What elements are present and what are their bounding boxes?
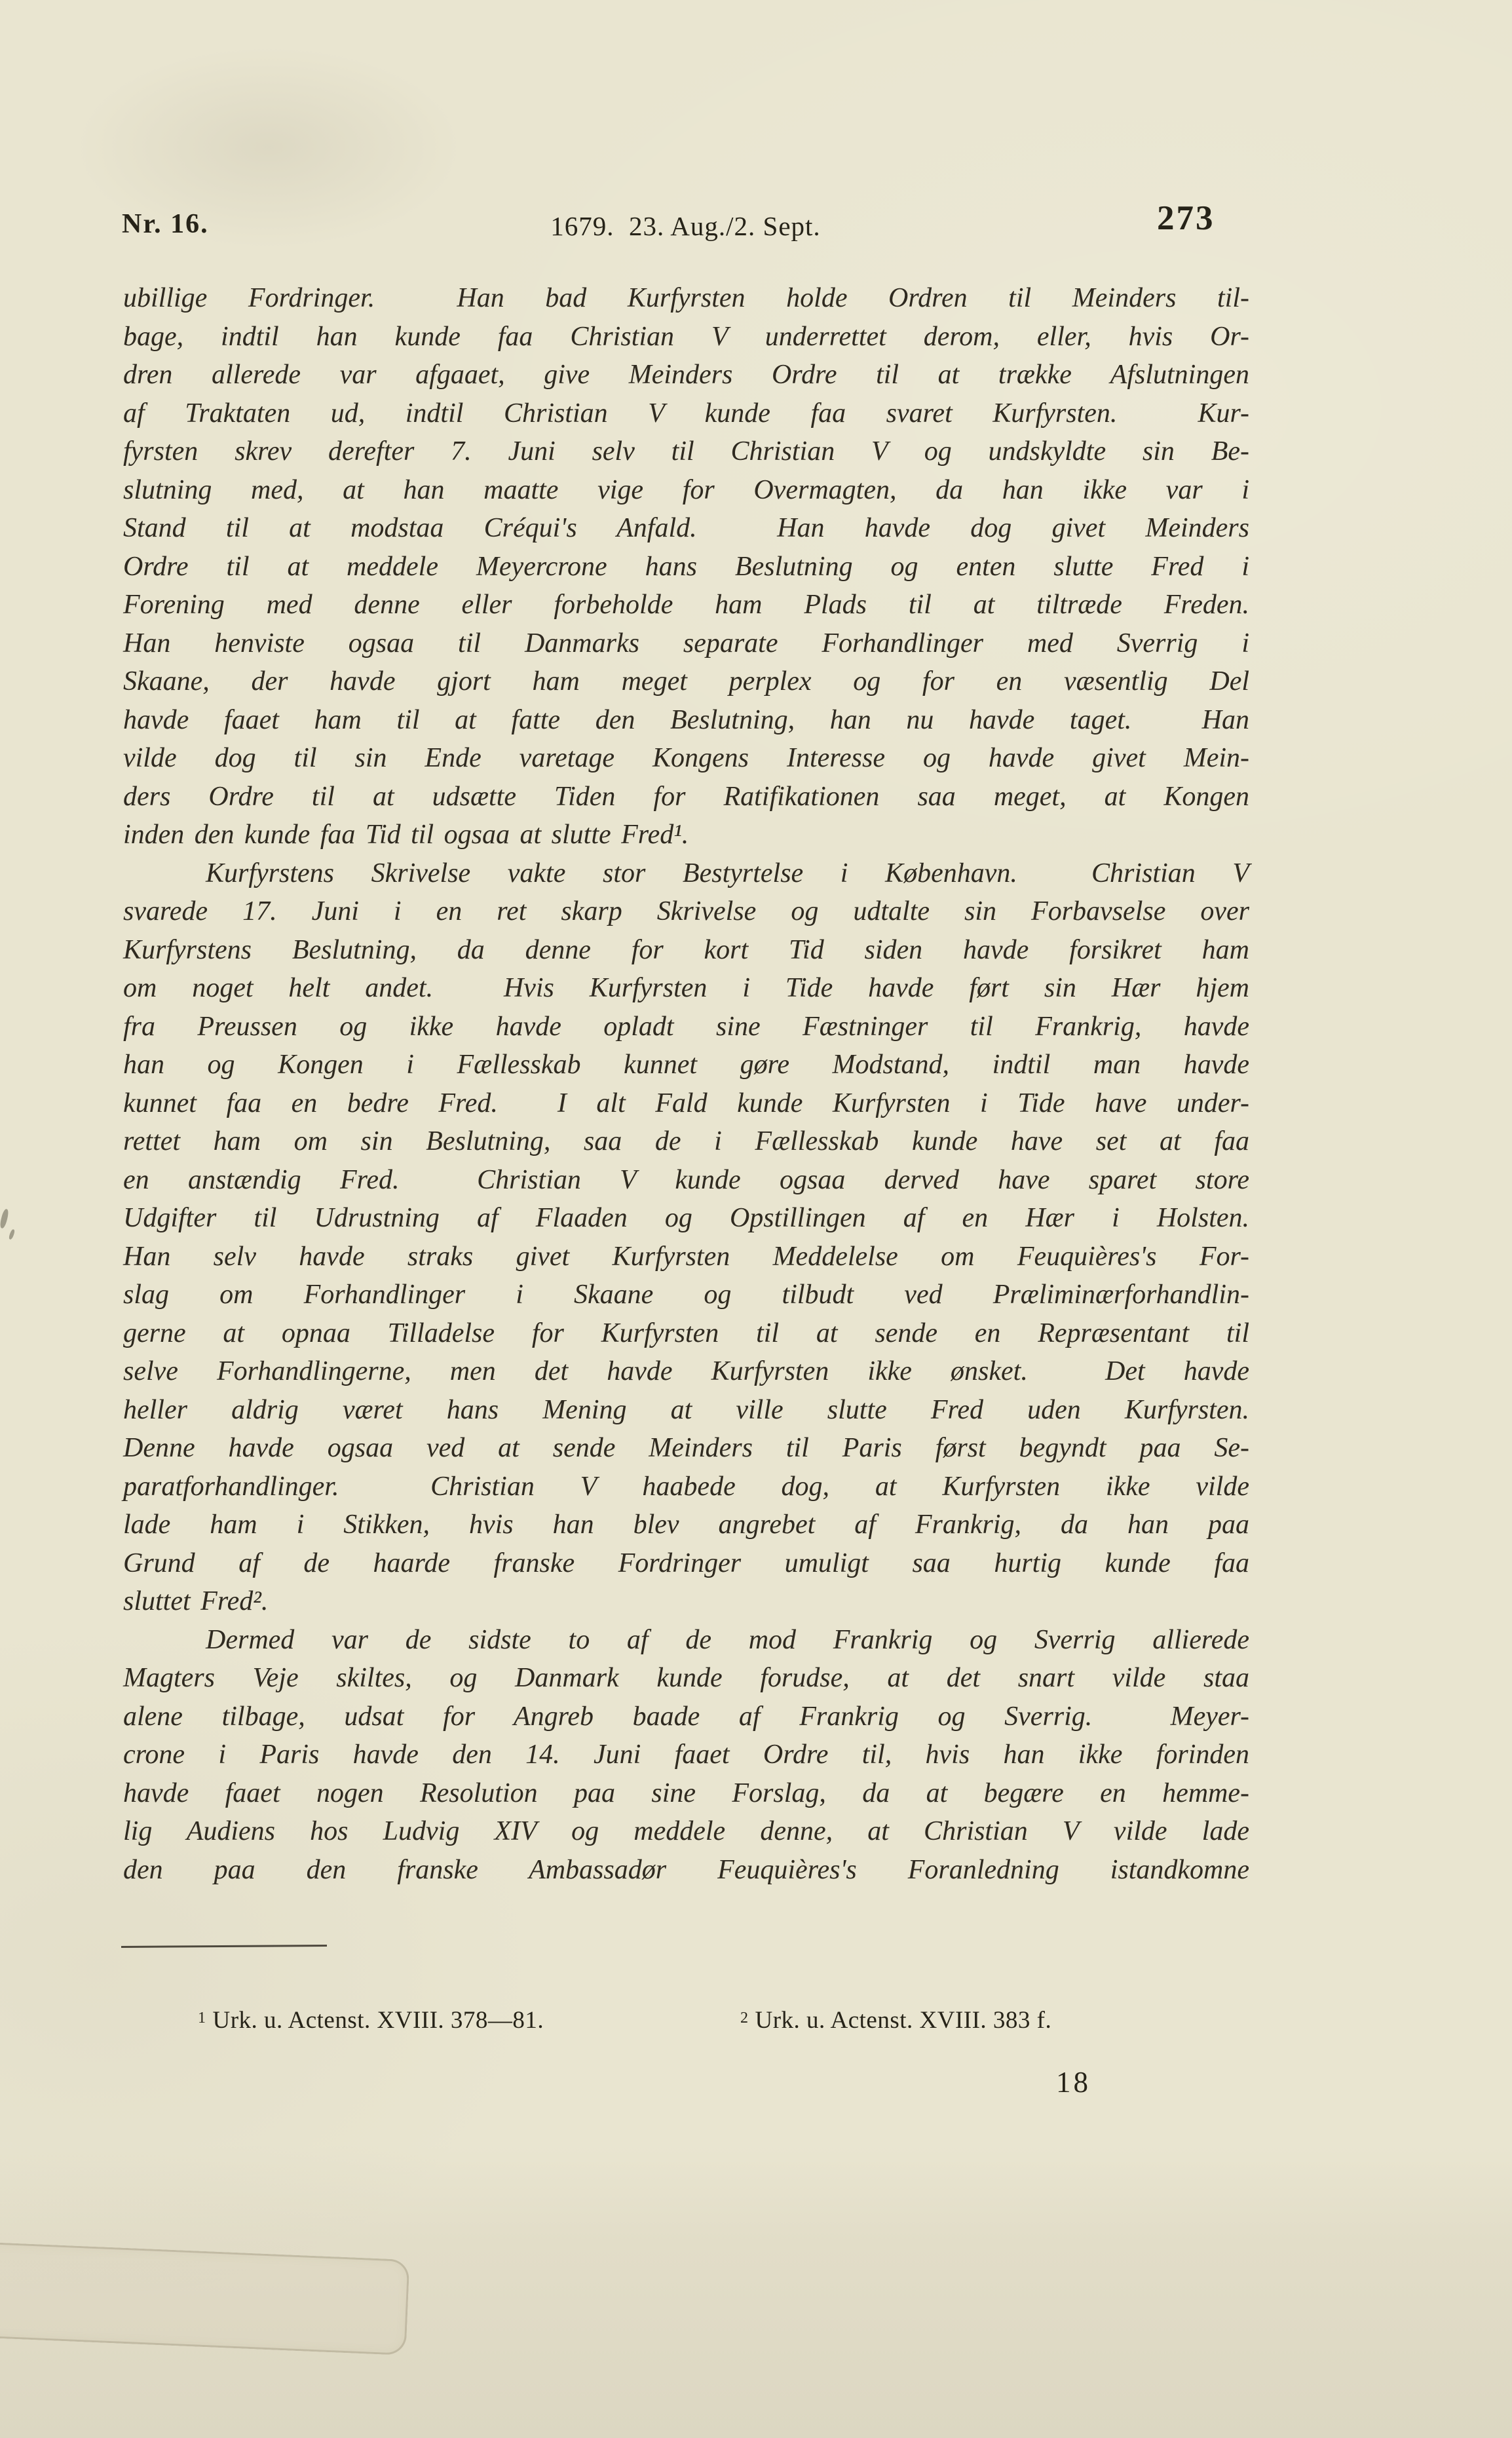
text-line: fra Preussen og ikke havde opladt sine F… <box>123 1008 1249 1046</box>
text-line: Udgifter til Udrustning af Flaaden og Op… <box>123 1199 1249 1238</box>
footnote-rule <box>121 1945 327 1948</box>
text-line: den paa den franske Ambassadør Feuquière… <box>123 1851 1249 1890</box>
footnote-1-text: Urk. u. Actenst. XVIII. 378—81. <box>213 2007 544 2034</box>
footnote-1: 1Urk. u. Actenst. XVIII. 378—81. <box>198 2006 544 2034</box>
page-number: 273 <box>1157 199 1215 238</box>
text-line: Kurfyrstens Skrivelse vakte stor Bestyrt… <box>123 854 1249 893</box>
text-line: Han henviste ogsaa til Danmarks separate… <box>123 624 1249 663</box>
text-line: paratforhandlinger. Christian V haabede … <box>123 1468 1249 1506</box>
footnote-1-marker: 1 <box>198 2009 206 2027</box>
text-line: Han selv havde straks givet Kurfyrsten M… <box>123 1238 1249 1276</box>
text-line: lig Audiens hos Ludvig XIV og meddele de… <box>123 1812 1249 1851</box>
text-line: selve Forhandlingerne, men det havde Kur… <box>123 1352 1249 1391</box>
text-line: ders Ordre til at udsætte Tiden for Rati… <box>123 778 1249 816</box>
scan-speck <box>8 1229 15 1240</box>
scan-speck <box>0 1208 9 1229</box>
text-line: af Traktaten ud, indtil Christian V kund… <box>123 394 1249 433</box>
page-header-date: 1679. 23. Aug./2. Sept. <box>123 210 1248 242</box>
text-line: kunnet faa en bedre Fred. I alt Fald kun… <box>123 1084 1249 1123</box>
text-line: slutning med, at han maatte vige for Ove… <box>123 471 1249 510</box>
text-line: dren allerede var afgaaet, give Meinders… <box>123 356 1249 394</box>
scan-artifact-tab <box>0 2241 409 2355</box>
text-line: heller aldrig været hans Mening at ville… <box>123 1391 1249 1430</box>
text-line: Denne havde ogsaa ved at sende Meinders … <box>123 1429 1249 1468</box>
text-line: Grund af de haarde franske Fordringer um… <box>123 1544 1249 1583</box>
text-line: fyrsten skrev derefter 7. Juni selv til … <box>123 432 1249 471</box>
scanned-book-page: { "page": { "header": { "left": "Nr. 16.… <box>0 0 1512 2438</box>
text-line: Forening med denne eller forbeholde ham … <box>123 586 1249 624</box>
footnote-2: 2Urk. u. Actenst. XVIII. 383 f. <box>740 2006 1051 2034</box>
text-line: inden den kunde faa Tid til ogsaa at slu… <box>123 816 1249 854</box>
text-line: en anstændig Fred. Christian V kunde ogs… <box>123 1161 1249 1200</box>
text-line: alene tilbage, udsat for Angreb baade af… <box>123 1698 1249 1736</box>
text-line: Skaane, der havde gjort ham meget perple… <box>123 662 1249 701</box>
text-line: crone i Paris havde den 14. Juni faaet O… <box>123 1736 1249 1774</box>
text-line: Stand til at modstaa Créqui's Anfald. Ha… <box>123 509 1249 548</box>
text-line: Kurfyrstens Beslutning, da denne for kor… <box>123 931 1249 970</box>
text-line: gerne at opnaa Tilladelse for Kurfyrsten… <box>123 1314 1249 1353</box>
text-line: ubillige Fordringer. Han bad Kurfyrsten … <box>123 279 1249 318</box>
text-line: svarede 17. Juni i en ret skarp Skrivels… <box>123 892 1249 931</box>
text-line: sluttet Fred². <box>123 1582 1249 1621</box>
text-line: rettet ham om sin Beslutning, saa de i F… <box>123 1122 1249 1161</box>
text-line: slag om Forhandlinger i Skaane og tilbud… <box>123 1276 1249 1314</box>
text-line: Dermed var de sidste to af de mod Frankr… <box>123 1621 1249 1660</box>
text-line: lade ham i Stikken, hvis han blev angreb… <box>123 1506 1249 1544</box>
text-line: Magters Veje skiltes, og Danmark kunde f… <box>123 1659 1249 1698</box>
text-line: bage, indtil han kunde faa Christian V u… <box>123 318 1249 356</box>
sheet-signature: 18 <box>1056 2065 1091 2099</box>
text-line: havde faaet nogen Resolution paa sine Fo… <box>123 1774 1249 1813</box>
body-text: ubillige Fordringer. Han bad Kurfyrsten … <box>123 279 1249 1889</box>
text-line: han og Kongen i Fællesskab kunnet gøre M… <box>123 1046 1249 1084</box>
text-line: havde faaet ham til at fatte den Beslutn… <box>123 701 1249 740</box>
text-line: vilde dog til sin Ende varetage Kongens … <box>123 739 1249 778</box>
text-line: Ordre til at meddele Meyercrone hans Bes… <box>123 548 1249 586</box>
text-line: om noget helt andet. Hvis Kurfyrsten i T… <box>123 969 1249 1008</box>
footnote-2-marker: 2 <box>740 2009 749 2027</box>
footnote-2-text: Urk. u. Actenst. XVIII. 383 f. <box>755 2007 1052 2034</box>
